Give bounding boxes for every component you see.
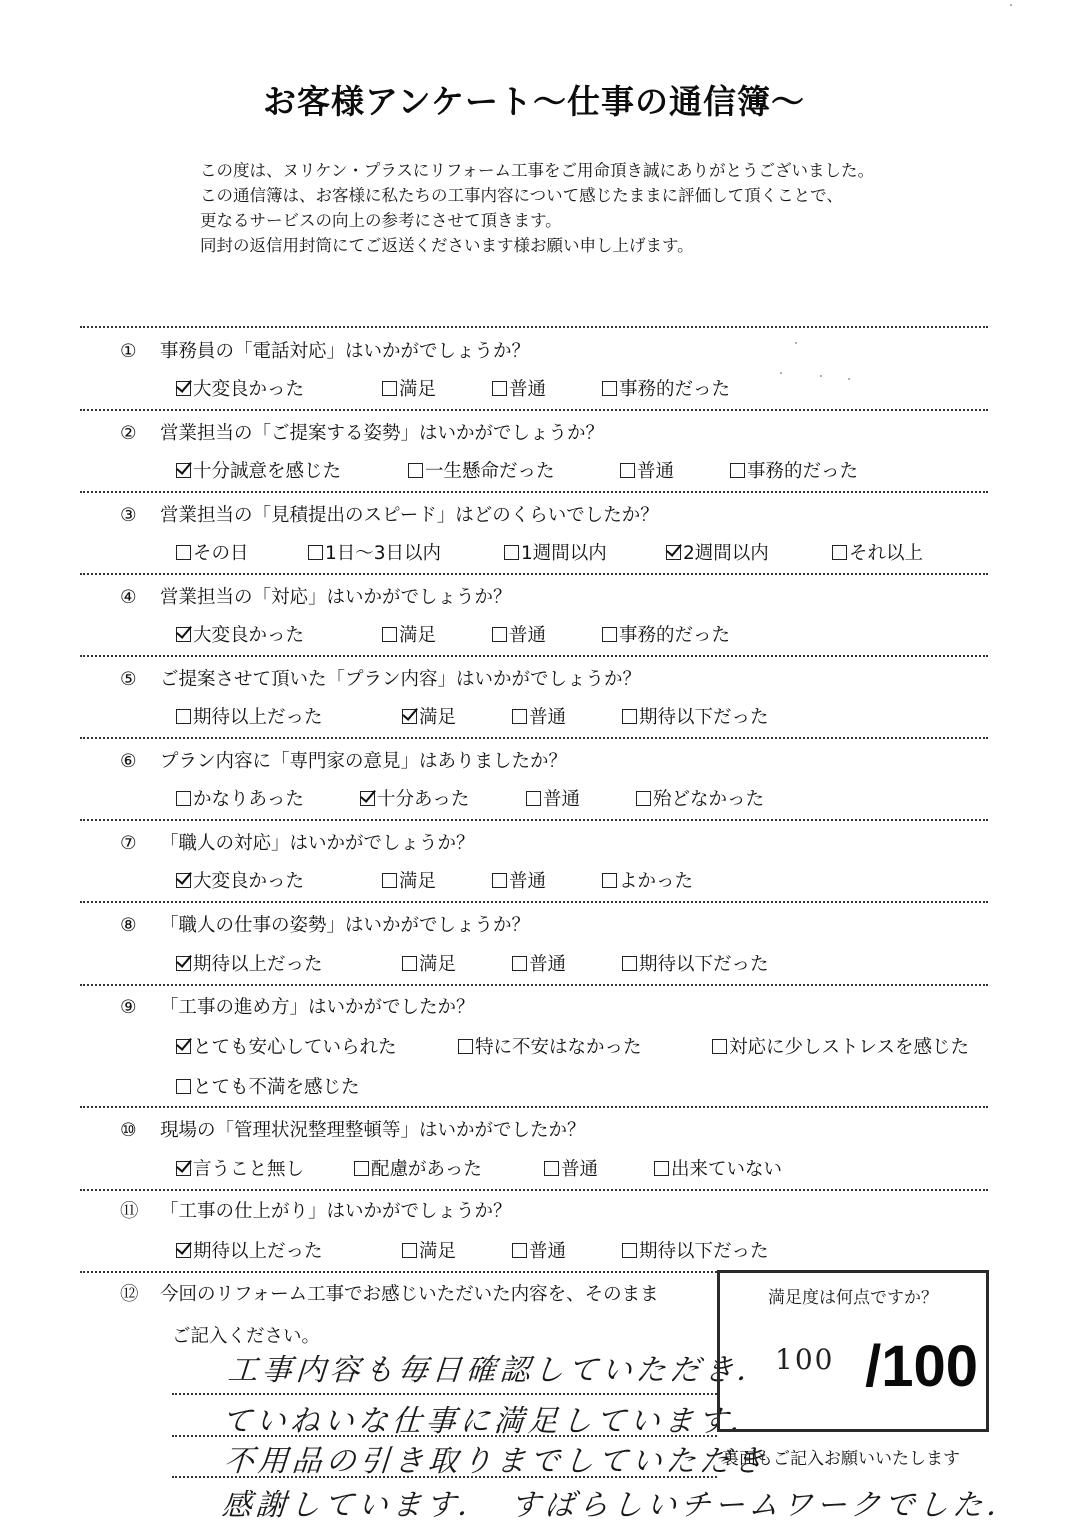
option-checkbox[interactable]: 一生懸命だった — [408, 457, 555, 483]
option-checkbox[interactable]: 期待以下だった — [622, 950, 769, 976]
intro-line: この度は、ヌリケン・プラスにリフォーム工事をご用命頂き誠にありがとうございました… — [200, 158, 874, 183]
option-checkbox[interactable]: その日 — [176, 539, 249, 565]
intro-line: 更なるサービスの向上の参考にさせて頂きます。 — [200, 208, 874, 233]
handwritten-line: 工事内容も毎日確認していただき． — [226, 1345, 772, 1389]
score-question: 満足度は何点ですか？ — [720, 1283, 986, 1308]
option-checkbox[interactable]: 普通 — [492, 621, 546, 647]
question-number: ③ — [120, 505, 160, 526]
checkbox-icon[interactable] — [512, 956, 527, 971]
option-checkbox[interactable]: 普通 — [492, 375, 546, 401]
option-checkbox[interactable]: 満足 — [402, 950, 456, 976]
checkbox-checked-icon[interactable] — [176, 381, 191, 396]
question-number: ④ — [120, 587, 160, 608]
question-9: ⑨「工事の進め方」はいかがでしたか？ — [120, 993, 475, 1019]
question-text: 「工事の仕上がり」はいかがでしょうか？ — [160, 1201, 512, 1222]
checkbox-icon[interactable] — [512, 709, 527, 724]
checkbox-icon[interactable] — [654, 1161, 669, 1176]
checkbox-icon[interactable] — [408, 463, 423, 478]
option-checkbox[interactable]: 普通 — [526, 785, 580, 811]
checkbox-icon[interactable] — [402, 956, 417, 971]
option-checkbox[interactable]: 普通 — [512, 1237, 566, 1263]
checkbox-icon[interactable] — [512, 1243, 527, 1258]
scan-speck — [1010, 4, 1012, 6]
option-checkbox[interactable]: とても不満を感じた — [176, 1073, 360, 1099]
checkbox-icon[interactable] — [458, 1039, 473, 1054]
divider — [80, 491, 988, 493]
question-number: ⑦ — [120, 833, 160, 854]
handwritten-line: 不用品の引き取りまでしていただき — [222, 1436, 769, 1480]
intro-line: この通信簿は、お客様に私たちの工事内容について感じたままに評価して頂くことで、 — [200, 183, 874, 208]
question-number: ⑧ — [120, 915, 160, 936]
score-input[interactable]: 100 — [775, 1343, 834, 1376]
question-text: 今回のリフォーム工事でお感じいただいた内容を、そのまま — [160, 1284, 659, 1305]
scan-speck — [820, 375, 822, 377]
question-text: 営業担当の「対応」はいかがでしょうか？ — [160, 587, 512, 608]
scan-speck — [795, 342, 797, 344]
option-checkbox[interactable]: 1週間以内 — [504, 539, 607, 565]
question-number: ⑫ — [120, 1280, 160, 1306]
checkbox-icon[interactable] — [382, 627, 397, 642]
option-checkbox[interactable]: 普通 — [512, 950, 566, 976]
question-11: ⑪「工事の仕上がり」はいかがでしょうか？ — [120, 1197, 512, 1223]
option-checkbox[interactable]: 満足 — [402, 703, 456, 729]
question-text: 現場の「管理状況整理整頓等」はいかがでしたか？ — [160, 1120, 586, 1141]
checkbox-icon[interactable] — [712, 1039, 727, 1054]
intro-text: この度は、ヌリケン・プラスにリフォーム工事をご用命頂き誠にありがとうございました… — [200, 158, 874, 258]
question-number: ⑥ — [120, 751, 160, 772]
checkbox-icon[interactable] — [504, 545, 519, 560]
checkbox-icon[interactable] — [526, 791, 541, 806]
option-checkbox[interactable]: 満足 — [402, 1237, 456, 1263]
checkbox-icon[interactable] — [492, 873, 507, 888]
checkbox-icon[interactable] — [176, 791, 191, 806]
question-text: 営業担当の「見積提出のスピード」はどのくらいでしたか？ — [160, 505, 659, 526]
question-number: ⑤ — [120, 669, 160, 690]
question-1: ①事務員の「電話対応」はいかがでしょうか？ — [120, 337, 530, 363]
question-number: ⑪ — [120, 1197, 160, 1223]
question-5: ⑤ご提案させて頂いた「プラン内容」はいかがでしょうか？ — [120, 665, 641, 691]
option-checkbox[interactable]: 特に不安はなかった — [458, 1033, 642, 1059]
option-checkbox[interactable]: 事務的だった — [730, 457, 858, 483]
checkbox-icon[interactable] — [730, 463, 745, 478]
checkbox-checked-icon[interactable] — [666, 545, 681, 560]
option-checkbox[interactable]: 満足 — [382, 375, 436, 401]
checkbox-checked-icon[interactable] — [176, 873, 191, 888]
option-checkbox[interactable]: 普通 — [512, 703, 566, 729]
option-checkbox[interactable]: かなりあった — [176, 785, 304, 811]
intro-line: 同封の返信用封筒にてご返送くださいます様お願い申し上げます。 — [200, 233, 874, 258]
question-6: ⑥プラン内容に「専門家の意見」はありましたか？ — [120, 747, 567, 773]
checkbox-icon[interactable] — [354, 1161, 369, 1176]
option-checkbox[interactable]: 2週間以内 — [666, 539, 769, 565]
question-number: ⑩ — [120, 1120, 160, 1141]
option-checkbox[interactable]: 対応に少しストレスを感じた — [712, 1033, 969, 1059]
checkbox-icon[interactable] — [492, 381, 507, 396]
divider — [80, 1106, 988, 1108]
option-checkbox[interactable]: 期待以上だった — [176, 950, 323, 976]
checkbox-checked-icon[interactable] — [176, 1243, 191, 1258]
option-checkbox[interactable]: それ以上 — [832, 539, 923, 565]
question-text: ご提案させて頂いた「プラン内容」はいかがでしょうか？ — [160, 669, 641, 690]
checkbox-icon[interactable] — [622, 709, 637, 724]
checkbox-icon[interactable] — [636, 791, 651, 806]
question-text: 「職人の対応」はいかがでしょうか？ — [160, 833, 475, 854]
option-checkbox[interactable]: 満足 — [382, 867, 436, 893]
option-checkbox[interactable]: 大変良かった — [176, 375, 304, 401]
option-checkbox[interactable]: 配慮があった — [354, 1155, 482, 1181]
question-12: ⑫今回のリフォーム工事でお感じいただいた内容を、そのまま — [120, 1280, 659, 1306]
writing-line — [172, 1393, 717, 1395]
question-text: 「工事の進め方」はいかがでしたか？ — [160, 997, 475, 1018]
checkbox-checked-icon[interactable] — [176, 956, 191, 971]
option-checkbox[interactable]: 出来ていない — [654, 1155, 782, 1181]
scan-speck — [848, 378, 850, 380]
divider — [80, 901, 988, 903]
option-checkbox[interactable]: 十分あった — [360, 785, 469, 811]
writing-line — [172, 1476, 717, 1478]
option-checkbox[interactable]: とても安心していられた — [176, 1033, 397, 1059]
option-checkbox[interactable]: 期待以下だった — [622, 1237, 769, 1263]
question-number: ① — [120, 341, 160, 362]
question-text: プラン内容に「専門家の意見」はありましたか？ — [160, 751, 567, 772]
option-checkbox[interactable]: 普通 — [544, 1155, 598, 1181]
question-text: 「職人の仕事の姿勢」はいかがでしょうか？ — [160, 915, 530, 936]
question-10: ⑩現場の「管理状況整理整頓等」はいかがでしたか？ — [120, 1116, 586, 1142]
divider — [80, 819, 988, 821]
checkbox-icon[interactable] — [832, 545, 847, 560]
back-side-note: 裏面もご記入お願いいたします — [722, 1444, 960, 1469]
divider — [80, 1189, 988, 1191]
handwritten-line: ていねいな仕事に満足しています． — [220, 1396, 765, 1440]
question-number: ② — [120, 423, 160, 444]
option-checkbox[interactable]: 期待以上だった — [176, 703, 323, 729]
checkbox-icon[interactable] — [176, 545, 191, 560]
option-checkbox[interactable]: 普通 — [620, 457, 674, 483]
checkbox-icon[interactable] — [176, 709, 191, 724]
checkbox-icon[interactable] — [620, 463, 635, 478]
question-text: 営業担当の「ご提案する姿勢」はいかがでしょうか？ — [160, 423, 604, 444]
option-checkbox[interactable]: 普通 — [492, 867, 546, 893]
checkbox-icon[interactable] — [602, 873, 617, 888]
question-2: ②営業担当の「ご提案する姿勢」はいかがでしょうか？ — [120, 419, 604, 445]
score-max: /100 — [865, 1333, 978, 1400]
option-checkbox[interactable]: 十分誠意を感じた — [176, 457, 341, 483]
checkbox-icon[interactable] — [622, 956, 637, 971]
question-4: ④営業担当の「対応」はいかがでしょうか？ — [120, 583, 512, 609]
checkbox-icon[interactable] — [382, 873, 397, 888]
divider — [80, 984, 988, 986]
checkbox-icon[interactable] — [308, 545, 323, 560]
option-checkbox[interactable]: 事務的だった — [602, 375, 730, 401]
checkbox-checked-icon[interactable] — [360, 791, 375, 806]
checkbox-checked-icon[interactable] — [176, 627, 191, 642]
score-box: 満足度は何点ですか？ 100 /100 — [717, 1270, 989, 1432]
option-checkbox[interactable]: 期待以上だった — [176, 1237, 323, 1263]
question-8: ⑧「職人の仕事の姿勢」はいかがでしょうか？ — [120, 911, 530, 937]
divider — [80, 573, 988, 575]
divider — [80, 409, 988, 411]
divider — [80, 655, 988, 657]
checkbox-icon[interactable] — [602, 627, 617, 642]
checkbox-icon[interactable] — [544, 1161, 559, 1176]
checkbox-icon[interactable] — [622, 1243, 637, 1258]
question-7: ⑦「職人の対応」はいかがでしょうか？ — [120, 829, 475, 855]
checkbox-icon[interactable] — [382, 381, 397, 396]
checkbox-checked-icon[interactable] — [402, 709, 417, 724]
checkbox-icon[interactable] — [602, 381, 617, 396]
checkbox-icon[interactable] — [402, 1243, 417, 1258]
question-text: 事務員の「電話対応」はいかがでしょうか？ — [160, 341, 530, 362]
option-checkbox[interactable]: 言うこと無し — [176, 1155, 304, 1181]
option-checkbox[interactable]: 期待以下だった — [622, 703, 769, 729]
option-checkbox[interactable]: 事務的だった — [602, 621, 730, 647]
checkbox-checked-icon[interactable] — [176, 463, 191, 478]
scan-speck — [780, 372, 782, 374]
question-3: ③営業担当の「見積提出のスピード」はどのくらいでしたか？ — [120, 501, 659, 527]
option-checkbox[interactable]: よかった — [602, 867, 693, 893]
page-title: お客様アンケート～仕事の通信簿～ — [0, 76, 1068, 123]
checkbox-checked-icon[interactable] — [176, 1039, 191, 1054]
handwritten-line: 感謝しています． すばらしいチームワークでした． — [220, 1480, 1022, 1524]
option-checkbox[interactable]: 満足 — [382, 621, 436, 647]
option-checkbox[interactable]: 大変良かった — [176, 621, 304, 647]
option-checkbox[interactable]: 大変良かった — [176, 867, 304, 893]
checkbox-checked-icon[interactable] — [176, 1161, 191, 1176]
option-checkbox[interactable]: 1日～3日以内 — [308, 539, 441, 565]
divider — [80, 326, 988, 328]
checkbox-icon[interactable] — [176, 1079, 191, 1094]
checkbox-icon[interactable] — [492, 627, 507, 642]
question-number: ⑨ — [120, 997, 160, 1018]
divider — [80, 737, 988, 739]
option-checkbox[interactable]: 殆どなかった — [636, 785, 764, 811]
